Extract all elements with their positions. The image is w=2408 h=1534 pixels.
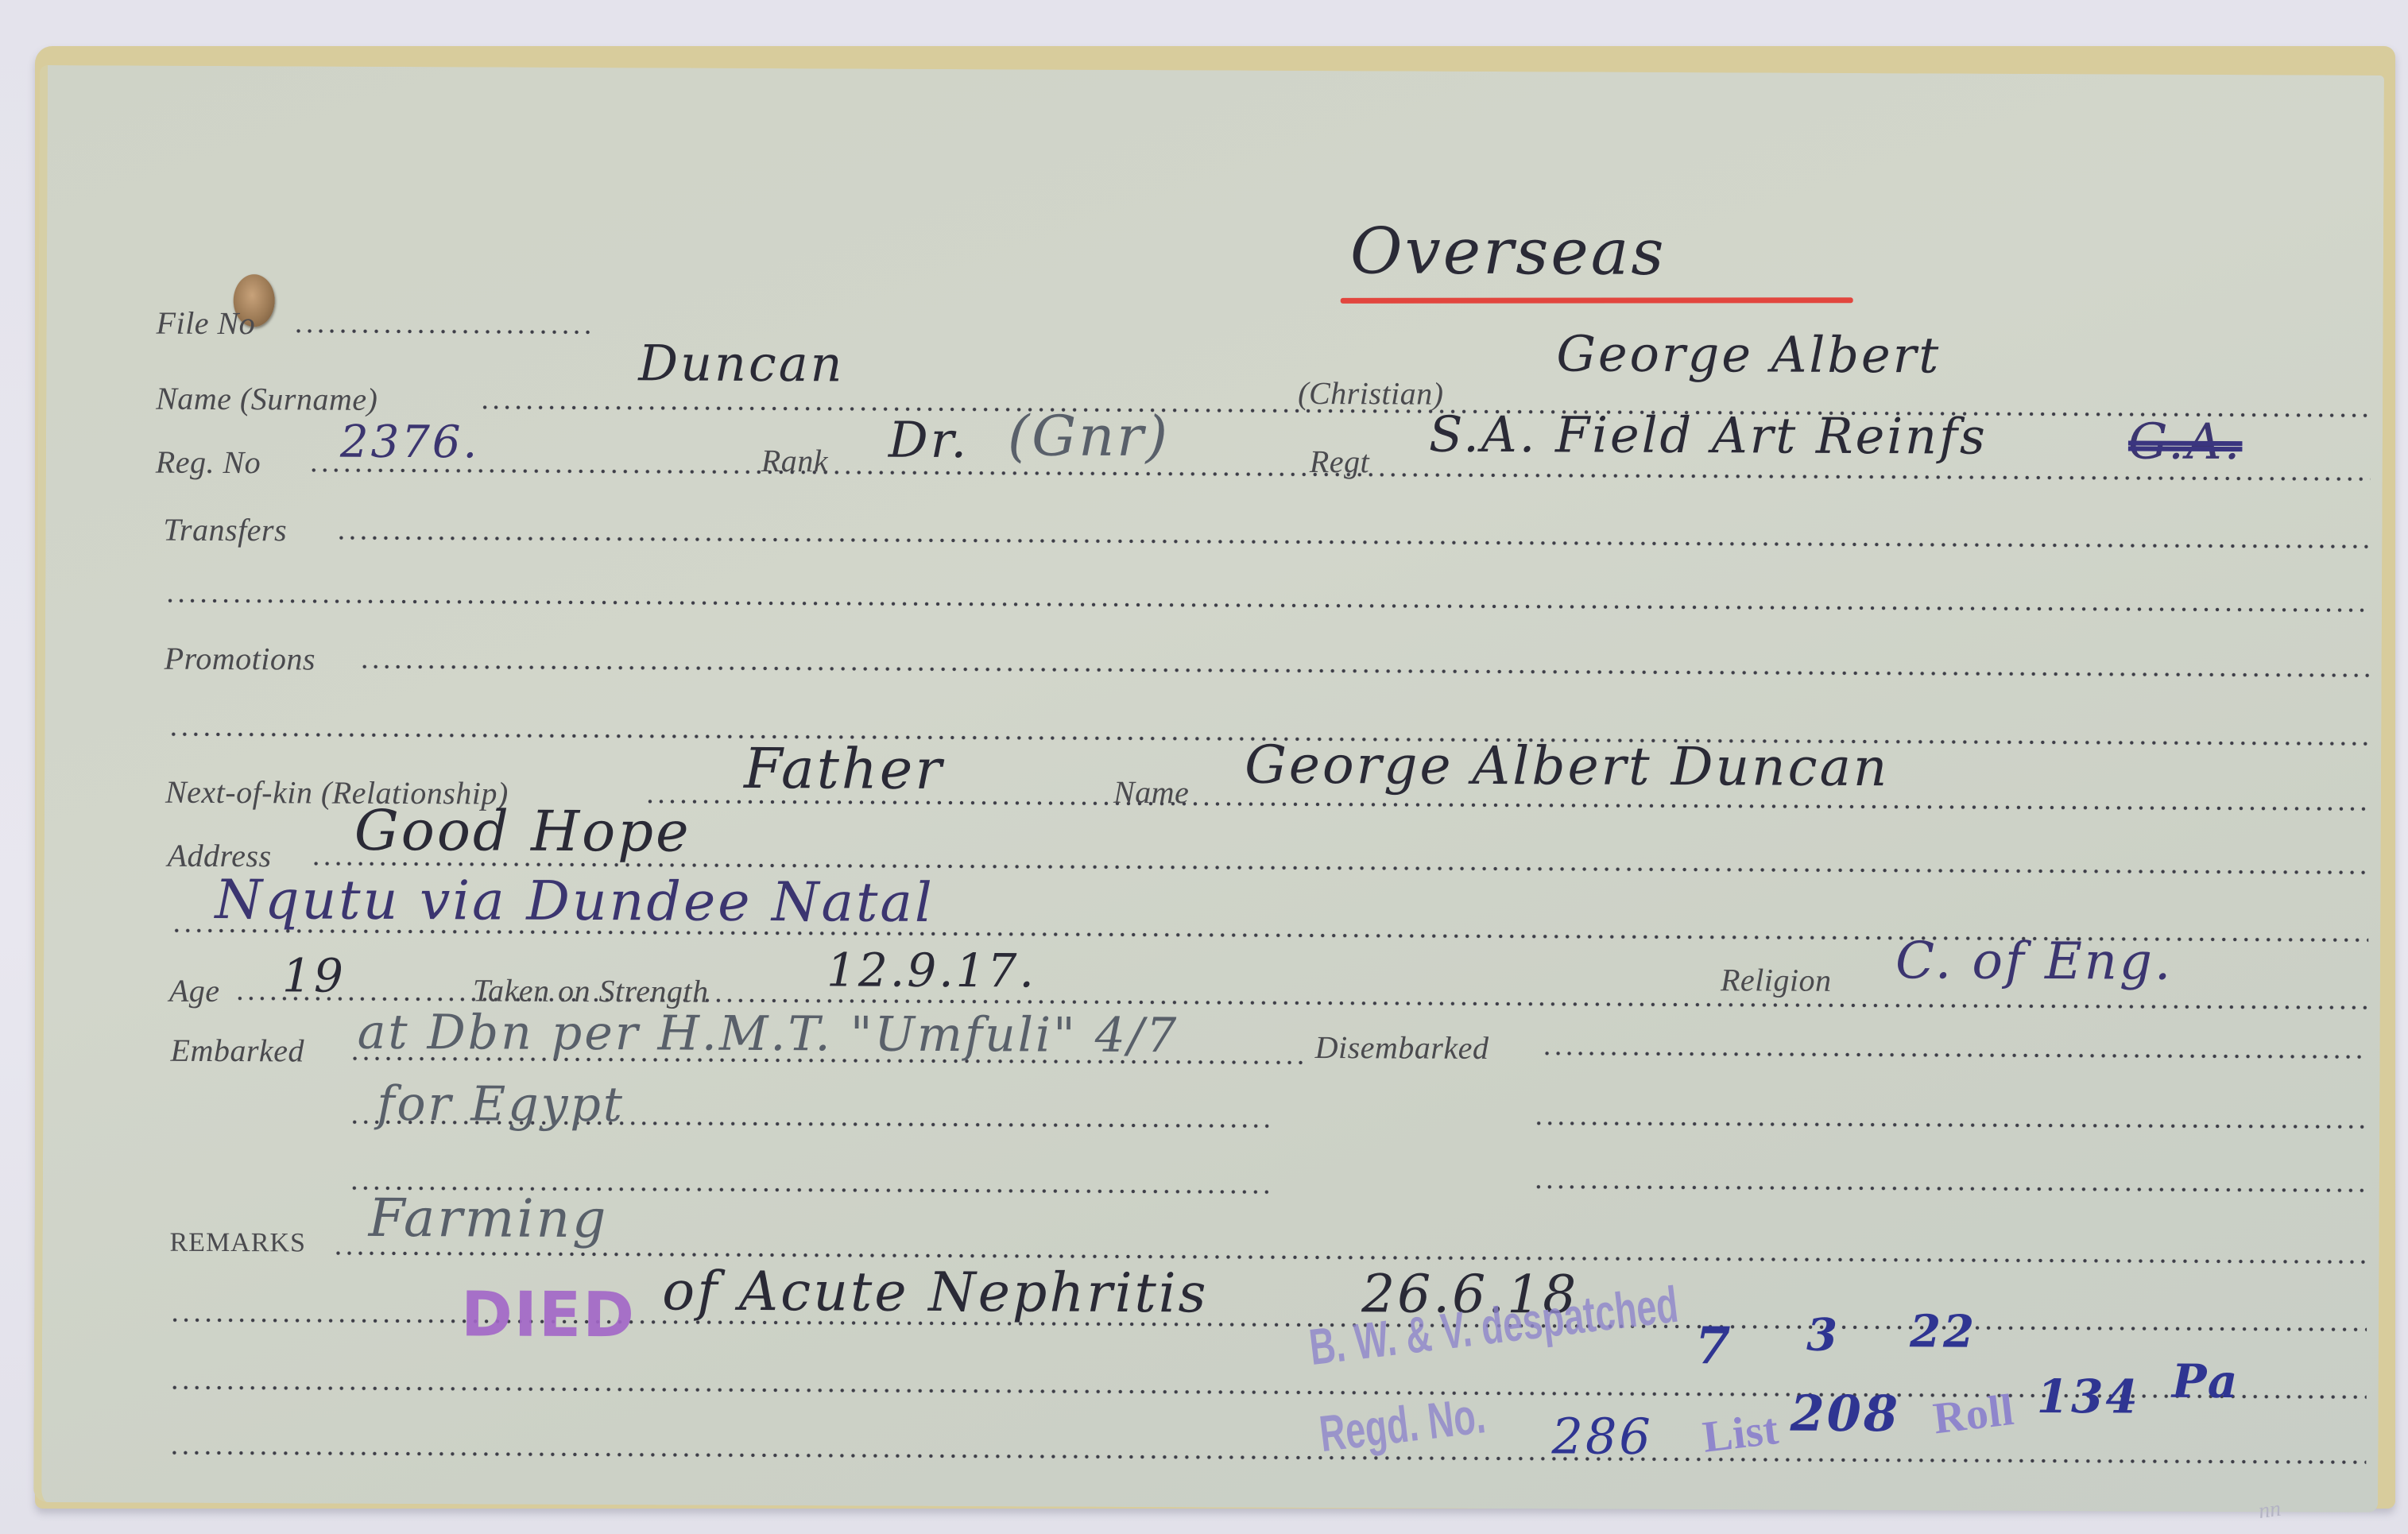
taken-on-strength-label: Taken on Strength bbox=[473, 971, 709, 1009]
record-card: Overseas File No Name (Surname) Duncan (… bbox=[33, 65, 2384, 1513]
regt-struck-value: G.A. bbox=[2128, 412, 2243, 471]
regt-value: S.A. Field Art Reinfs bbox=[1429, 405, 1988, 466]
red-underline bbox=[1341, 297, 1853, 304]
bwv-despatched-month: 3 bbox=[1806, 1309, 1840, 1362]
embarked-label: Embarked bbox=[170, 1032, 304, 1070]
remarks-line-4 bbox=[168, 1451, 2366, 1465]
remarks-label: REMARKS bbox=[169, 1228, 306, 1259]
file-no-line bbox=[293, 328, 595, 335]
bwv-despatched-day: 7 bbox=[1695, 1316, 1733, 1376]
regt-label: Regt bbox=[1310, 443, 1370, 480]
nok-name-label: Name bbox=[1113, 773, 1190, 811]
corner-pencil-mark: nn bbox=[2257, 1497, 2282, 1524]
christian-label: (Christian) bbox=[1298, 374, 1444, 413]
remarks-value: Farming bbox=[369, 1187, 609, 1249]
address-line-2-value: Nqutu via Dundee Natal bbox=[215, 869, 935, 935]
promotions-label: Promotions bbox=[165, 640, 316, 678]
rank-annotation: (Gnr) bbox=[1008, 403, 1170, 469]
disembarked-line-3 bbox=[1533, 1184, 2367, 1193]
death-cause: of Acute Nephritis bbox=[662, 1260, 1209, 1325]
bwv-regd-no: 286 bbox=[1551, 1407, 1653, 1466]
remarks-line-1 bbox=[332, 1251, 2367, 1265]
disembarked-label: Disembarked bbox=[1315, 1028, 1489, 1067]
christian-value: George Albert bbox=[1556, 324, 1941, 384]
embarked-line-2-value: for Egypt bbox=[377, 1076, 625, 1133]
bwv-list-label: List bbox=[1700, 1404, 1781, 1463]
reg-no-label: Reg. No bbox=[156, 444, 261, 482]
rank-value: Dr. bbox=[888, 411, 970, 469]
transfers-line-2 bbox=[165, 598, 2370, 613]
age-label: Age bbox=[169, 972, 220, 1009]
bwv-regd-label: Regd. No. bbox=[1314, 1371, 1490, 1478]
age-value: 19 bbox=[282, 948, 346, 1002]
bwv-despatched-year: 22 bbox=[1910, 1305, 1976, 1358]
taken-on-strength-value: 12.9.17. bbox=[827, 943, 1036, 997]
bwv-roll-suffix: Pa bbox=[2172, 1354, 2240, 1408]
disembarked-line-1 bbox=[1542, 1051, 2368, 1059]
nok-name-value: George Albert Duncan bbox=[1245, 734, 1890, 799]
surname-value: Duncan bbox=[638, 334, 845, 393]
transfers-line-1 bbox=[335, 536, 2370, 549]
bwv-list-no: 208 bbox=[1790, 1385, 1900, 1443]
disembarked-line-2 bbox=[1533, 1121, 2367, 1129]
surname-label: Name (Surname) bbox=[156, 380, 377, 418]
rank-label: Rank bbox=[761, 442, 828, 479]
reg-no-value: 2376. bbox=[340, 416, 480, 469]
header-annotation: Overseas bbox=[1350, 214, 1667, 289]
address-line-1-value: Good Hope bbox=[354, 798, 691, 865]
bwv-roll-no: 134 bbox=[2037, 1369, 2140, 1424]
religion-value: C. of Eng. bbox=[1895, 932, 2174, 992]
transfers-label: Transfers bbox=[163, 511, 287, 549]
file-no-label: File No bbox=[156, 304, 255, 343]
religion-label: Religion bbox=[1721, 961, 1832, 999]
promotions-line-1 bbox=[359, 664, 2370, 678]
next-of-kin-value: Father bbox=[744, 736, 944, 802]
bwv-roll-label: Roll bbox=[1930, 1385, 2016, 1444]
died-stamp: DIED bbox=[461, 1279, 636, 1351]
embarked-line-1-value: at Dbn per H.M.T. "Umfuli" 4/7 bbox=[358, 1005, 1179, 1064]
